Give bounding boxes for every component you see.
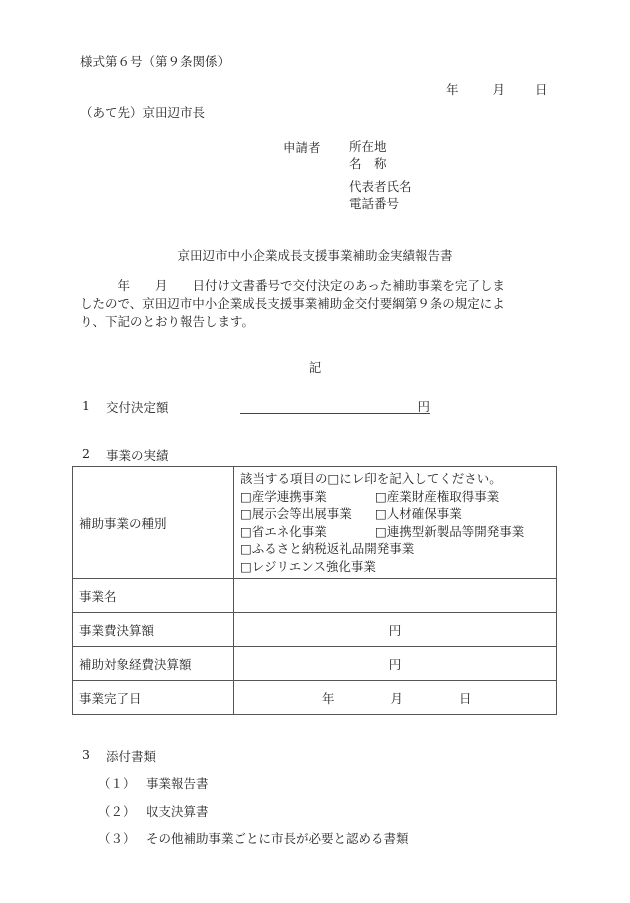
completion-date-field[interactable]: 年月日: [234, 681, 557, 715]
checkbox-option[interactable]: □産学連携事業: [240, 488, 375, 506]
date-month: 月: [391, 689, 404, 707]
yen-unit: 円: [389, 657, 402, 672]
instruction: 該当する項目の□にレ印を記入してください。: [240, 470, 550, 488]
field-name: 名 称: [349, 155, 412, 172]
date-month: 月: [493, 80, 506, 98]
body-line: り、下記のとおり報告します。: [80, 313, 550, 331]
table-row: 事業完了日 年月日: [73, 681, 557, 715]
eligible-cost-label: 補助対象経費決算額: [73, 647, 234, 681]
attachment-number: （３）: [98, 829, 146, 847]
date-day: 日: [459, 689, 472, 707]
checkbox-option[interactable]: □産業財産権取得事業: [375, 488, 499, 506]
ki-heading: 記: [0, 358, 630, 376]
table-row: 補助対象経費決算額 円: [73, 647, 557, 681]
checkbox-option[interactable]: □人材確保事業: [375, 505, 462, 523]
project-cost-field[interactable]: 円: [234, 613, 557, 647]
attachment-item: （２）収支決算書: [98, 802, 209, 820]
yen-unit: 円: [417, 399, 430, 414]
grant-amount-field[interactable]: 円: [240, 397, 430, 414]
project-cost-label: 事業費決算額: [73, 613, 234, 647]
body-line: 年 月 日付け文書番号で交付決定のあった補助事業を完了しま: [80, 277, 550, 295]
date-day: 日: [535, 80, 548, 98]
attachment-item: （１）事業報告書: [98, 774, 209, 792]
document-title: 京田辺市中小企業成長支援事業補助金実績報告書: [0, 246, 630, 264]
checkbox-option[interactable]: □展示会等出展事業: [240, 505, 375, 523]
field-phone: 電話番号: [349, 195, 412, 212]
attachment-number: （１）: [98, 774, 146, 792]
date-year: 年: [322, 689, 335, 707]
checkbox-option[interactable]: □連携型新製品等開発事業: [375, 523, 524, 541]
applicant-label: 申請者: [283, 138, 321, 156]
date-year: 年: [446, 80, 459, 98]
section3-label: 添付書類: [106, 747, 156, 765]
section2-label: 事業の実績: [106, 446, 169, 464]
section2-number: 2: [82, 446, 90, 461]
checkbox-option[interactable]: □ふるさと納税返礼品開発事業: [240, 540, 414, 558]
table-row: 事業費決算額 円: [73, 613, 557, 647]
section3-number: 3: [82, 747, 90, 762]
form-number: 様式第６号（第９条関係）: [80, 52, 230, 70]
project-name-field[interactable]: [234, 579, 557, 613]
eligible-cost-field[interactable]: 円: [234, 647, 557, 681]
table-row: 補助事業の種別 該当する項目の□にレ印を記入してください。 □産学連携事業 □産…: [73, 467, 557, 579]
type-options: 該当する項目の□にレ印を記入してください。 □産学連携事業 □産業財産権取得事業…: [234, 467, 557, 579]
addressee: （あて先）京田辺市長: [80, 103, 205, 121]
yen-unit: 円: [389, 623, 402, 638]
body-paragraph: 年 月 日付け文書番号で交付決定のあった補助事業を完了しま したので、京田辺市中…: [80, 277, 550, 331]
field-representative: 代表者氏名: [349, 178, 412, 195]
project-name-label: 事業名: [73, 579, 234, 613]
attachment-text: 収支決算書: [146, 804, 209, 819]
table-row: 事業名: [73, 579, 557, 613]
attachment-item: （３）その他補助事業ごとに市長が必要と認める書類: [98, 829, 409, 847]
checkbox-option[interactable]: □レジリエンス強化事業: [240, 558, 376, 576]
type-label: 補助事業の種別: [73, 467, 234, 579]
results-table: 補助事業の種別 該当する項目の□にレ印を記入してください。 □産学連携事業 □産…: [72, 466, 557, 715]
field-address: 所在地: [349, 138, 412, 155]
applicant-fields: 所在地 名 称 代表者氏名 電話番号: [349, 138, 412, 212]
checkbox-option[interactable]: □省エネ化事業: [240, 523, 375, 541]
section1-number: 1: [82, 398, 90, 413]
completion-date-label: 事業完了日: [73, 681, 234, 715]
submission-date: 年月日: [446, 80, 548, 98]
section1-label: 交付決定額: [106, 398, 169, 416]
attachment-number: （２）: [98, 802, 146, 820]
attachment-text: その他補助事業ごとに市長が必要と認める書類: [146, 831, 409, 846]
body-line: したので、京田辺市中小企業成長支援事業補助金交付要綱第９条の規定によ: [80, 295, 550, 313]
attachment-text: 事業報告書: [146, 776, 209, 791]
